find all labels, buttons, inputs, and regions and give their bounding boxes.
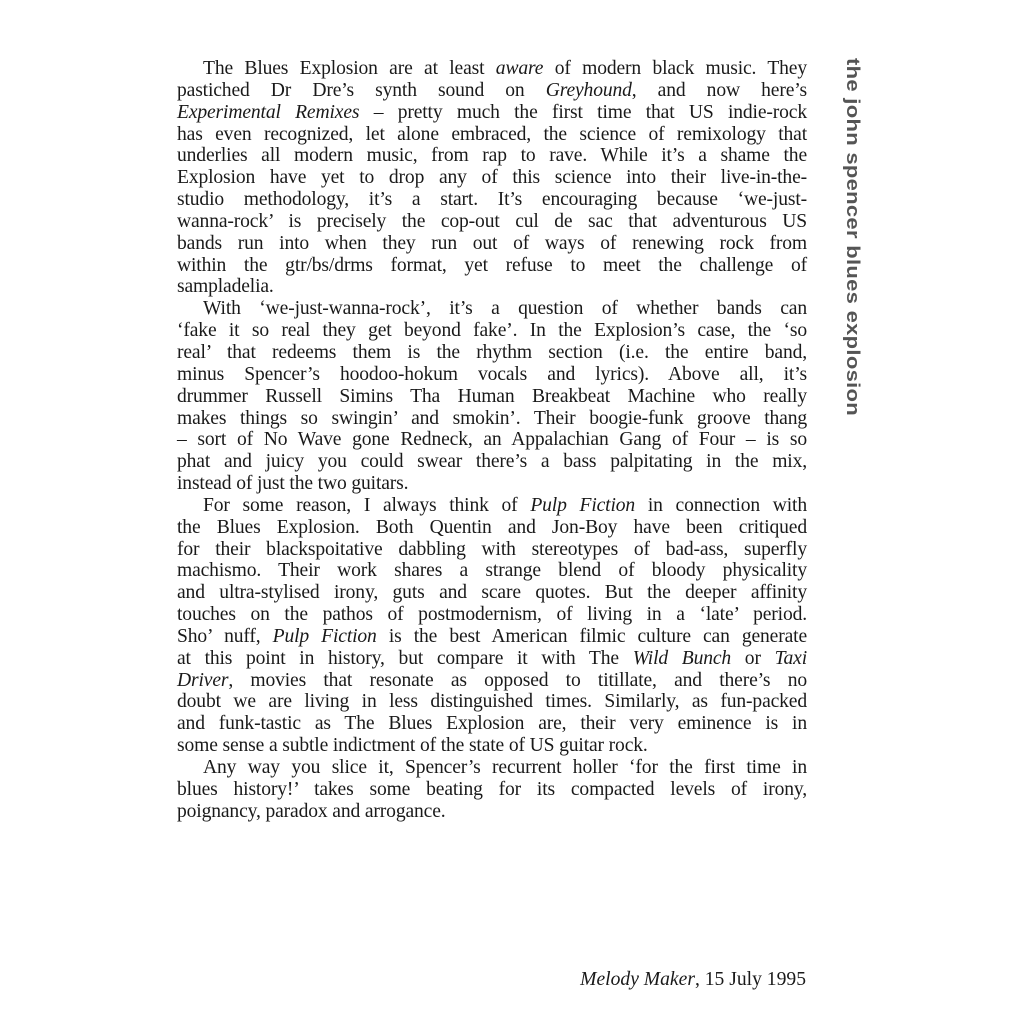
text-line: studio methodology, it’s a start. It’s e… (177, 189, 807, 211)
text-line: blues history!’ takes some beating for i… (177, 779, 807, 801)
paragraph: With ‘we-just-wanna-rock’, it’s a questi… (177, 298, 807, 495)
text-line: bands run into when they run out of ways… (177, 233, 807, 255)
paragraph: The Blues Explosion are at least aware o… (177, 58, 807, 298)
text-line: drummer Russell Simins Tha Human Breakbe… (177, 386, 807, 408)
text-line: ‘fake it so real they get beyond fake’. … (177, 320, 807, 342)
text-line: touches on the pathos of postmodernism, … (177, 604, 807, 626)
text-line: For some reason, I always think of Pulp … (177, 495, 807, 517)
text-line: Any way you slice it, Spencer’s recurren… (177, 757, 807, 779)
text-line: the Blues Explosion. Both Quentin and Jo… (177, 517, 807, 539)
publication-date: , 15 July 1995 (695, 969, 806, 990)
text-line: real’ that redeems them is the rhythm se… (177, 342, 807, 364)
running-head: the john spencer blues explosion (842, 58, 864, 416)
text-line: makes things so swingin’ and smokin’. Th… (177, 408, 807, 430)
text-line: Sho’ nuff, Pulp Fiction is the best Amer… (177, 626, 807, 648)
text-line: and funk-tastic as The Blues Explosion a… (177, 713, 807, 735)
paragraph: Any way you slice it, Spencer’s recurren… (177, 757, 807, 823)
text-line: within the gtr/bs/drms format, yet refus… (177, 255, 807, 277)
text-line: some sense a subtle indictment of the st… (177, 735, 807, 757)
text-line: underlies all modern music, from rap to … (177, 145, 807, 167)
text-line: poignancy, paradox and arrogance. (177, 801, 807, 823)
text-line: has even recognized, let alone embraced,… (177, 124, 807, 146)
text-line: The Blues Explosion are at least aware o… (177, 58, 807, 80)
text-line: doubt we are living in less distinguishe… (177, 691, 807, 713)
body-text-column: The Blues Explosion are at least aware o… (177, 58, 807, 823)
text-line: and ultra-stylised irony, guts and scare… (177, 582, 807, 604)
text-line: for their blackspoitative dabbling with … (177, 539, 807, 561)
text-line: – sort of No Wave gone Redneck, an Appal… (177, 429, 807, 451)
text-line: sampladelia. (177, 276, 807, 298)
text-line: instead of just the two guitars. (177, 473, 807, 495)
text-line: With ‘we-just-wanna-rock’, it’s a questi… (177, 298, 807, 320)
publication-name: Melody Maker (580, 969, 695, 990)
paragraph: For some reason, I always think of Pulp … (177, 495, 807, 757)
text-line: minus Spencer’s hoodoo-hokum vocals and … (177, 364, 807, 386)
text-line: phat and juicy you could swear there’s a… (177, 451, 807, 473)
text-line: Experimental Remixes – pretty much the f… (177, 102, 807, 124)
text-line: wanna-rock’ is precisely the cop-out cul… (177, 211, 807, 233)
text-line: Explosion have yet to drop any of this s… (177, 167, 807, 189)
text-line: pastiched Dr Dre’s synth sound on Greyho… (177, 80, 807, 102)
text-line: at this point in history, but compare it… (177, 648, 807, 670)
book-page: The Blues Explosion are at least aware o… (0, 0, 1024, 1024)
text-line: machismo. Their work shares a strange bl… (177, 560, 807, 582)
source-citation: Melody Maker, 15 July 1995 (580, 969, 806, 991)
text-line: Driver, movies that resonate as opposed … (177, 670, 807, 692)
